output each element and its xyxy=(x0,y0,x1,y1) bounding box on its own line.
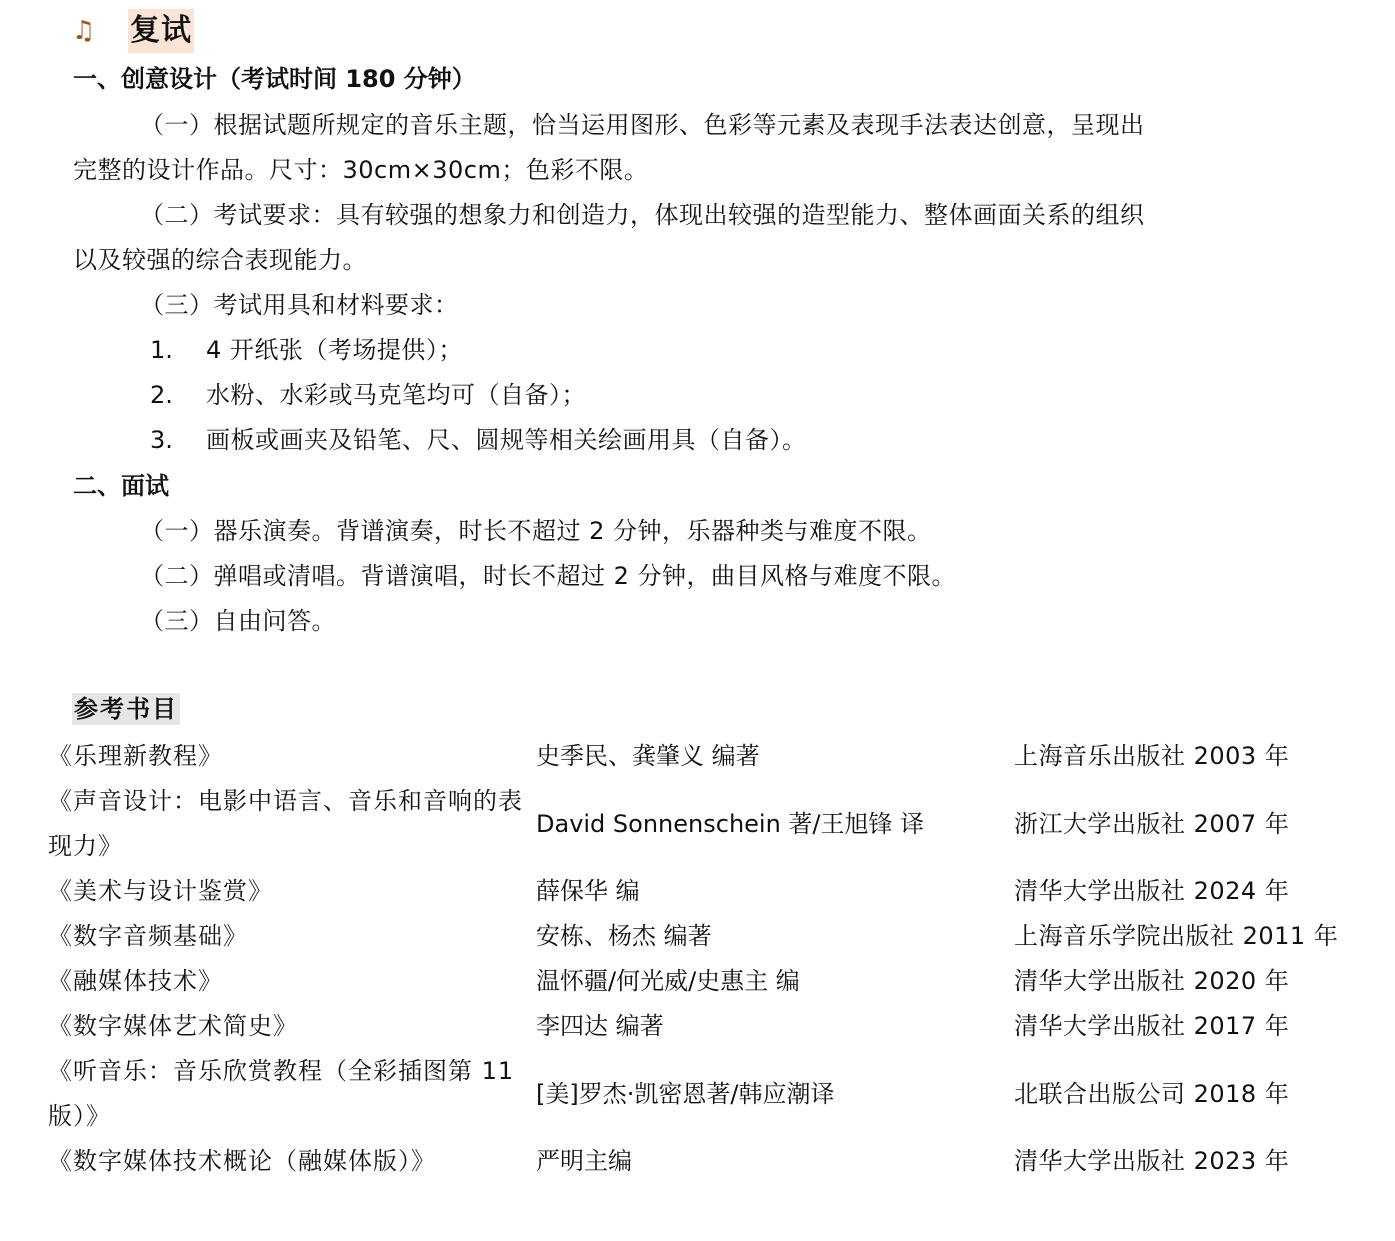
book-publisher: 上海音乐出版社 2003 年 xyxy=(1014,734,1289,779)
book-author: David Sonnenschein 著/王旭锋 译 xyxy=(536,802,1014,847)
table-row: 《数字媒体艺术简史》 李四达 编著 清华大学出版社 2017 年 xyxy=(48,1004,1388,1049)
book-title: 《声音设计：电影中语言、音乐和音响的表现力》 xyxy=(48,779,536,869)
list-item-text: 水粉、水彩或马克笔均可（自备）； xyxy=(206,379,586,411)
interview-item: （一）器乐演奏。背谱演奏，时长不超过 2 分钟，乐器种类与难度不限。 xyxy=(140,515,932,547)
paragraph-3: （三）考试用具和材料要求： xyxy=(140,289,459,321)
book-publisher: 清华大学出版社 2024 年 xyxy=(1014,869,1289,914)
book-publisher: 清华大学出版社 2017 年 xyxy=(1014,1004,1289,1049)
table-row: 《听音乐：音乐欣赏教程（全彩插图第 11 版）》 [美]罗杰·凯密恩著/韩应潮译… xyxy=(48,1049,1388,1139)
references-heading: 参考书目 xyxy=(72,693,180,725)
table-row: 《数字音频基础》 安栋、杨杰 编著 上海音乐学院出版社 2011 年 xyxy=(48,914,1388,959)
paragraph-2-line-2: 以及较强的综合表现能力。 xyxy=(73,244,367,276)
document-page: ♫ 复试 一、创意设计（考试时间 180 分钟） （一）根据试题所规定的音乐主题… xyxy=(0,0,1395,1241)
book-author: 严明主编 xyxy=(536,1139,1014,1184)
references-heading-wrap: 参考书目 xyxy=(72,692,180,726)
page-title: 复试 xyxy=(128,9,194,53)
book-publisher: 浙江大学出版社 2007 年 xyxy=(1014,802,1289,847)
table-row: 《美术与设计鉴赏》 薛保华 编 清华大学出版社 2024 年 xyxy=(48,869,1388,914)
page-heading: ♫ 复试 xyxy=(72,8,194,54)
table-row: 《数字媒体技术概论（融媒体版）》 严明主编 清华大学出版社 2023 年 xyxy=(48,1139,1388,1184)
book-author: 温怀疆/何光威/史惠主 编 xyxy=(536,959,1014,1004)
book-author: [美]罗杰·凯密恩著/韩应潮译 xyxy=(536,1072,1014,1117)
book-author: 李四达 编著 xyxy=(536,1004,1014,1049)
book-publisher: 上海音乐学院出版社 2011 年 xyxy=(1014,914,1338,959)
list-number: 1. xyxy=(150,334,173,366)
book-publisher: 北联合出版公司 2018 年 xyxy=(1014,1072,1289,1117)
paragraph-2-line-1: （二）考试要求：具有较强的想象力和创造力，体现出较强的造型能力、整体画面关系的组… xyxy=(140,199,1145,231)
book-title: 《美术与设计鉴赏》 xyxy=(48,869,536,914)
list-item-text: 画板或画夹及铅笔、尺、圆规等相关绘画用具（自备）。 xyxy=(206,424,807,456)
book-title: 《融媒体技术》 xyxy=(48,959,536,1004)
book-author: 薛保华 编 xyxy=(536,869,1014,914)
book-author: 安栋、杨杰 编著 xyxy=(536,914,1014,959)
music-notes-icon: ♫ xyxy=(72,18,98,44)
section-title-interview: 二、面试 xyxy=(73,470,169,502)
table-row: 《乐理新教程》 史季民、龚肇义 编著 上海音乐出版社 2003 年 xyxy=(48,734,1388,779)
interview-item: （三）自由问答。 xyxy=(140,605,336,637)
book-author: 史季民、龚肇义 编著 xyxy=(536,734,1014,779)
list-number: 3. xyxy=(150,424,173,456)
table-row: 《融媒体技术》 温怀疆/何光威/史惠主 编 清华大学出版社 2020 年 xyxy=(48,959,1388,1004)
interview-item: （二）弹唱或清唱。背谱演唱，时长不超过 2 分钟，曲目风格与难度不限。 xyxy=(140,560,956,592)
book-publisher: 清华大学出版社 2023 年 xyxy=(1014,1139,1289,1184)
references-table: 《乐理新教程》 史季民、龚肇义 编著 上海音乐出版社 2003 年 《声音设计：… xyxy=(48,734,1388,1184)
book-title: 《乐理新教程》 xyxy=(48,734,536,779)
paragraph-1-line-1: （一）根据试题所规定的音乐主题，恰当运用图形、色彩等元素及表现手法表达创意，呈现… xyxy=(140,109,1145,141)
book-title: 《数字媒体艺术简史》 xyxy=(48,1004,536,1049)
book-title: 《听音乐：音乐欣赏教程（全彩插图第 11 版）》 xyxy=(48,1049,536,1139)
book-title: 《数字音频基础》 xyxy=(48,914,536,959)
book-publisher: 清华大学出版社 2020 年 xyxy=(1014,959,1289,1004)
book-title: 《数字媒体技术概论（融媒体版）》 xyxy=(48,1139,536,1184)
table-row: 《声音设计：电影中语言、音乐和音响的表现力》 David Sonnenschei… xyxy=(48,779,1388,869)
paragraph-1-line-2: 完整的设计作品。尺寸：30cm×30cm；色彩不限。 xyxy=(73,154,648,186)
list-number: 2. xyxy=(150,379,173,411)
list-item-text: 4 开纸张（考场提供）； xyxy=(206,334,463,366)
section-title-creative-design: 一、创意设计（考试时间 180 分钟） xyxy=(73,63,476,95)
